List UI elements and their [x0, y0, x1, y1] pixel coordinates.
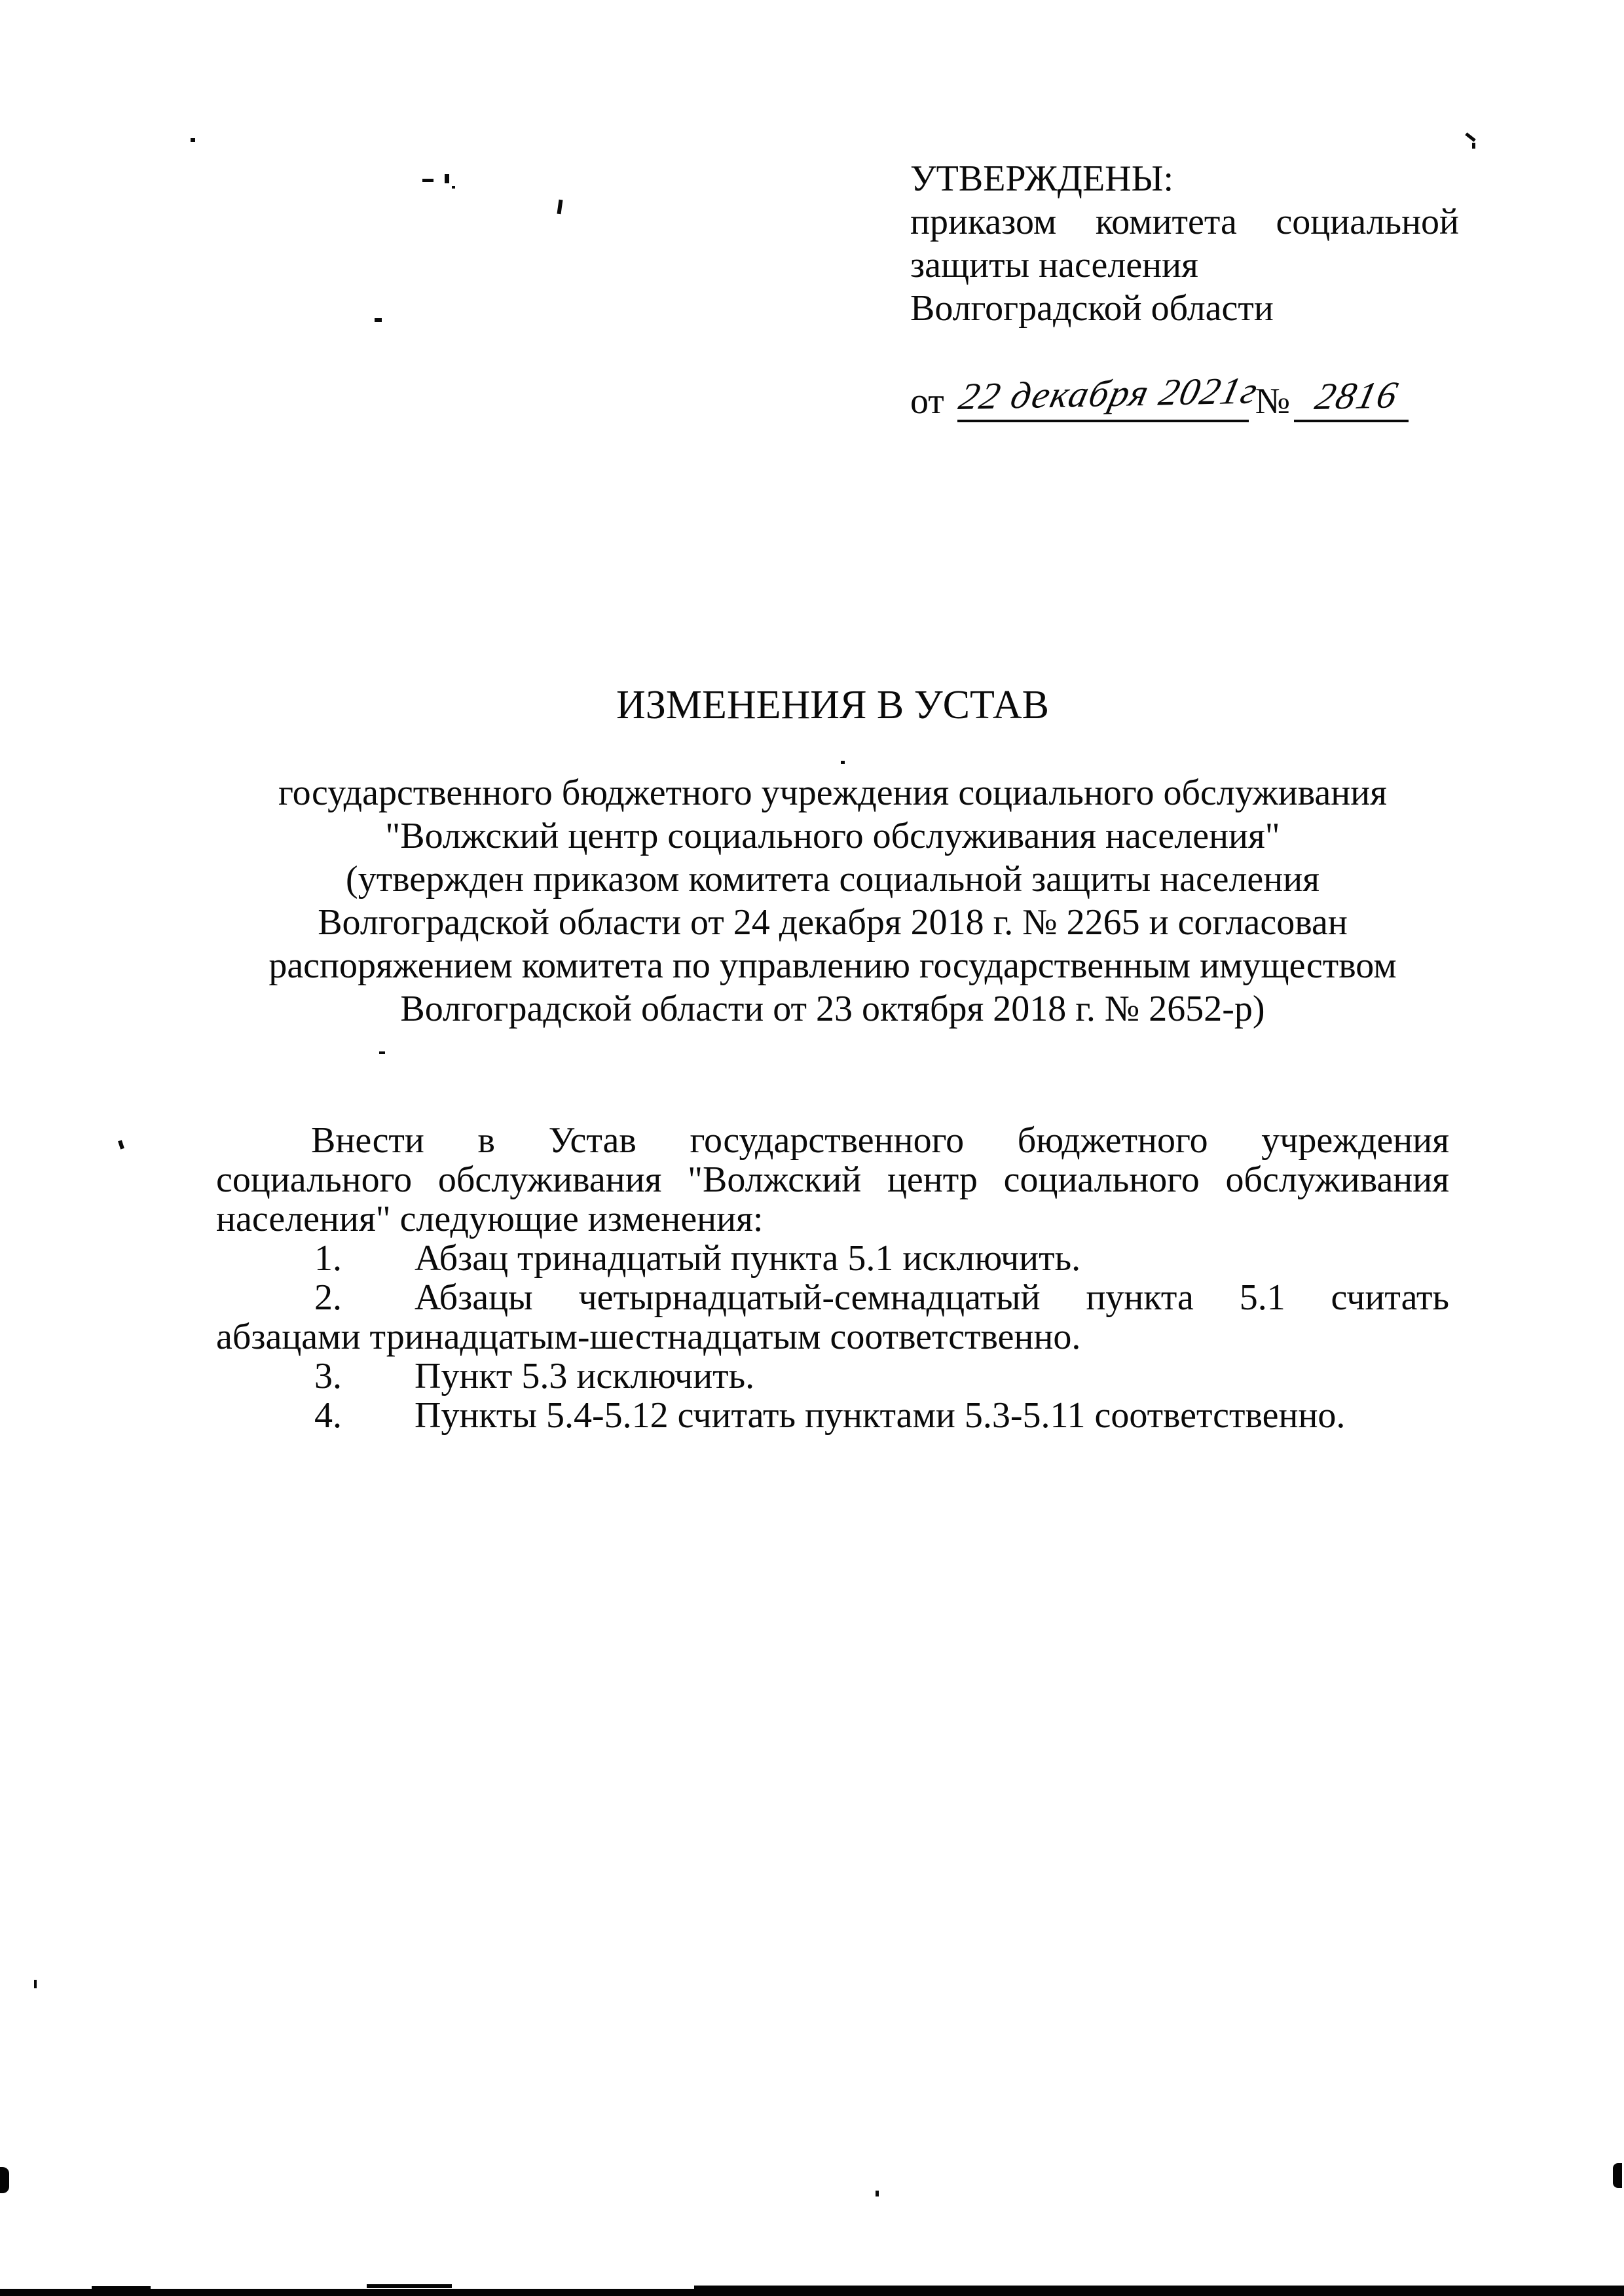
scan-speck — [841, 761, 845, 764]
ordered-item-2: 2. Абзацы четырнадцатый-семнадцатый пунк… — [216, 1278, 1449, 1317]
ordered-item-1: 1. Абзац тринадцатый пункта 5.1 исключит… — [216, 1239, 1449, 1278]
preamble-block: государственного бюджетного учреждения с… — [216, 771, 1449, 1030]
approval-heading: УТВЕРЖДЕНЫ: — [910, 157, 1459, 200]
scan-speck — [1465, 132, 1475, 141]
scan-speck — [422, 179, 434, 182]
paragraph-line: социального обслуживания "Волжский центр… — [216, 1160, 1449, 1199]
preamble-line: "Волжский центр социального обслуживания… — [216, 814, 1449, 858]
item-number: 1. — [314, 1239, 415, 1278]
scan-speck — [191, 138, 195, 142]
scan-edge-bottom-bar — [694, 2286, 1624, 2296]
date-prefix-label: от — [910, 380, 944, 422]
scan-speck — [445, 174, 449, 183]
number-sign: № — [1255, 380, 1290, 422]
paragraph-line: Внести в Устав государственного бюджетно… — [216, 1121, 1449, 1160]
approval-block: УТВЕРЖДЕНЫ: приказом комитета социальной… — [910, 157, 1459, 330]
item-text: Пункт 5.3 исключить. — [415, 1357, 754, 1396]
preamble-line: Волгоградской области от 23 октября 2018… — [216, 987, 1449, 1030]
approval-line-1: приказом комитета социальной — [910, 200, 1459, 244]
date-handwritten-value: 22 декабря 2021г — [955, 369, 1263, 420]
item-number: 3. — [314, 1357, 415, 1396]
paragraph-line: населения" следующие изменения: — [216, 1199, 1449, 1239]
number-handwritten-value: 2816 — [1311, 373, 1403, 420]
scan-speck — [34, 1980, 37, 1988]
approval-line-2: защиты населения — [910, 244, 1459, 287]
item-number: 2. — [314, 1278, 415, 1317]
preamble-line: Волгоградской области от 24 декабря 2018… — [216, 901, 1449, 944]
scan-speck — [557, 200, 563, 215]
scan-edge-bottom-bar — [367, 2284, 452, 2288]
ordered-item-3: 3. Пункт 5.3 исключить. — [216, 1357, 1449, 1396]
scan-speck — [452, 186, 455, 189]
scan-speck — [379, 1051, 385, 1054]
scanned-document-page: УТВЕРЖДЕНЫ: приказом комитета социальной… — [0, 0, 1624, 2296]
date-underline: 22 декабря 2021г — [957, 379, 1249, 422]
scan-speck — [375, 318, 382, 322]
number-underline: 2816 — [1294, 379, 1409, 422]
item-text: Пункты 5.4-5.12 считать пунктами 5.3-5.1… — [415, 1396, 1345, 1435]
document-title: ИЗМЕНЕНИЯ В УСТАВ — [216, 682, 1449, 728]
item-text: Абзацы четырнадцатый-семнадцатый пункта … — [415, 1278, 1449, 1317]
preamble-line: распоряжением комитета по управлению гос… — [216, 944, 1449, 987]
order-date-line: от 22 декабря 2021г № 2816 — [910, 375, 1473, 422]
scan-speck — [876, 2191, 879, 2196]
item-number: 4. — [314, 1396, 415, 1435]
ordered-item-4: 4. Пункты 5.4-5.12 считать пунктами 5.3-… — [216, 1396, 1449, 1435]
item-wrap-line: абзацами тринадцатым-шестнадцатым соотве… — [216, 1317, 1449, 1357]
body-block: Внести в Устав государственного бюджетно… — [216, 1121, 1449, 1435]
scan-edge-right-blob — [1613, 2163, 1622, 2188]
preamble-line: государственного бюджетного учреждения с… — [216, 771, 1449, 814]
preamble-line: (утвержден приказом комитета социальной … — [216, 858, 1449, 901]
item-text: Абзац тринадцатый пункта 5.1 исключить. — [415, 1239, 1080, 1278]
scan-speck — [118, 1140, 124, 1149]
approval-line-3: Волгоградской области — [910, 287, 1459, 330]
scan-edge-bottom-bar — [92, 2286, 151, 2290]
scan-speck — [1472, 143, 1475, 149]
scan-edge-left-blob — [0, 2167, 9, 2193]
